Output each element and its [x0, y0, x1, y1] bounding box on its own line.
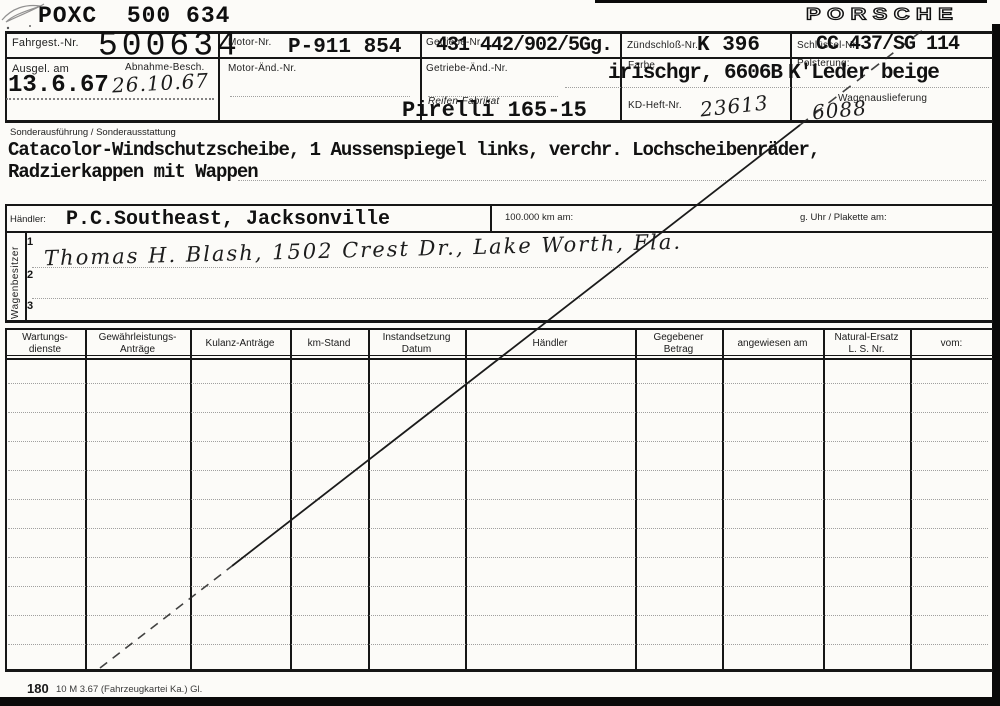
scan-edge-top	[595, 0, 987, 3]
upholstery-value: K'Leder beige	[788, 62, 939, 85]
key-number-value: CC 437/SG 114	[816, 33, 959, 56]
porsche-logo: PORSCHE	[806, 5, 959, 24]
special-equipment-line1: Catacolor-Windschutzscheibe, 1 Aussenspi…	[8, 139, 819, 161]
owner-row2-number: 2	[27, 269, 33, 281]
clock-plaque-label: g. Uhr / Plakette am:	[800, 212, 887, 223]
col-warranty-claims: Gewährleistungs- Anträge	[85, 332, 190, 355]
dealer-value: P.C.Southeast, Jacksonville	[66, 208, 390, 231]
gearbox-change-label: Getriebe-Änd.-Nr.	[426, 63, 508, 74]
km-100000-label: 100.000 km am:	[505, 212, 573, 223]
owner-row1-number: 1	[27, 236, 33, 248]
col-from: vom:	[910, 338, 993, 350]
form-number: 180	[27, 681, 49, 696]
dealer-label: Händler:	[10, 214, 46, 225]
ignition-lock-label: Zündschloß-Nr.	[627, 40, 698, 51]
ignition-lock-value: K 396	[697, 34, 760, 57]
col-dealer: Händler	[465, 338, 635, 350]
gearbox-number-value: 431 442/902/5Gg.	[436, 34, 612, 57]
engine-number-value: P-911 854	[288, 36, 401, 59]
col-replacement-ls-nr: Natural-Ersatz L. S. Nr.	[823, 332, 910, 355]
owner-row1-value: Thomas H. Blash, 1502 Crest Dr., Lake Wo…	[44, 230, 683, 271]
col-repair-date: Instandsetzung Datum	[368, 332, 465, 355]
owner-side-strip: Wagenbesitzer	[5, 233, 27, 321]
acceptance-cert-value: 26.10.67	[111, 68, 209, 97]
delivery-value: 6088	[811, 96, 868, 125]
scan-edge-right	[992, 24, 1000, 706]
form-footer-text: 10 M 3.67 (Fahrzeugkartei Ka.) Gl.	[56, 684, 202, 695]
col-amount-given: Gegebener Betrag	[635, 332, 722, 355]
chassis-number-value: 500634	[98, 26, 241, 65]
col-goodwill-claims: Kulanz-Anträge	[190, 338, 290, 350]
engine-number-label: Motor-Nr.	[228, 37, 271, 48]
service-booklet-value: 23613	[699, 90, 770, 121]
scan-edge-bottom	[0, 697, 1000, 706]
special-equipment-label: Sonderausführung / Sonderausstattung	[10, 127, 176, 138]
col-km-reading: km-Stand	[290, 338, 368, 350]
service-booklet-label: KD-Heft-Nr.	[628, 100, 682, 111]
color-value: irischgr, 6606B	[608, 62, 794, 85]
owner-row3-number: 3	[27, 300, 33, 312]
special-equipment-line2: Radzierkappen mit Wappen	[8, 161, 258, 183]
tire-brand-value: Pirelli 165-15	[402, 98, 587, 123]
owner-side-label: Wagenbesitzer	[10, 235, 21, 319]
col-maintenance-services: Wartungs- dienste	[5, 332, 85, 355]
col-instructed-on: angewiesen am	[722, 338, 823, 350]
engine-change-label: Motor-Änd.-Nr.	[228, 63, 296, 74]
chassis-number-label: Fahrgest.-Nr.	[12, 37, 79, 49]
issued-date-value: 13.6.67	[8, 72, 109, 99]
vehicle-record-card: POXC 500 634 PORSCHE Fahrgest.-Nr. 50063…	[0, 0, 1000, 706]
